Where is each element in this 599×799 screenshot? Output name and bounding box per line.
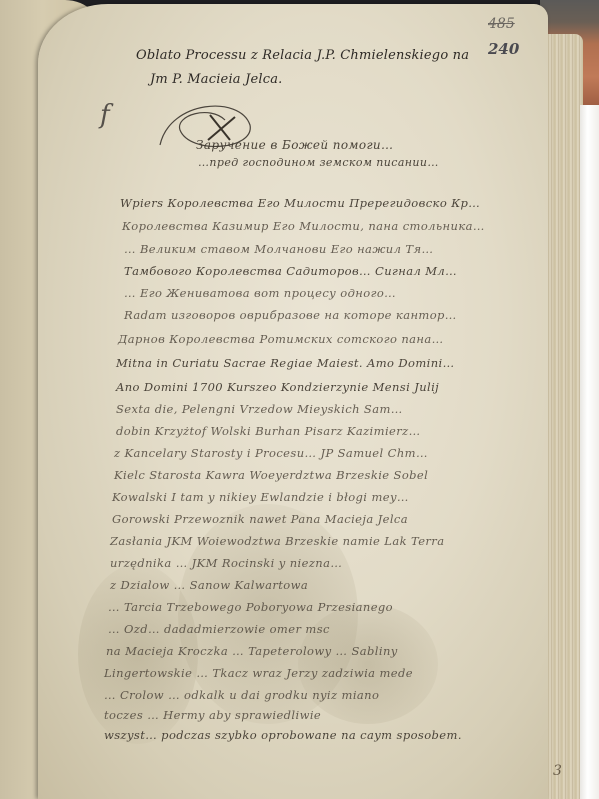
- body-line: Gorowski Przewoznik nawet Pana Macieja J…: [112, 512, 408, 526]
- margin-mark: f: [100, 100, 110, 130]
- body-line: … Его Жениватова вот процесу одного…: [124, 286, 396, 300]
- white-card-insert: [580, 105, 599, 799]
- title-line-1: Заручение в Божей помоги…: [196, 138, 393, 152]
- body-line: … Tarcia Trzebowego Poboryowa Przesianeg…: [108, 600, 393, 614]
- body-line: z Dzialow … Sanow Kalwartowa: [110, 578, 308, 592]
- body-line: Zasłania JKM Woiewodztwa Brzeskie namie …: [110, 534, 444, 548]
- body-line: Kielc Starosta Kawra Woeyerdztwa Brzeski…: [114, 468, 428, 482]
- body-line: Wpiers Королевства Его Милости Пререгидо…: [120, 196, 480, 210]
- body-line: na Macieja Kroczka … Tapeterolowy … Sabl…: [106, 644, 398, 658]
- body-line: toczes … Hermy aby sprawiedliwie: [104, 708, 321, 722]
- page-heading-line-1: Oblato Processu z Relacia J.P. Chmielens…: [136, 48, 469, 63]
- title-line-2: …пред господином земском писании…: [198, 156, 439, 169]
- body-line: Королевства Казимир Его Милости, пана ст…: [122, 219, 485, 233]
- body-line: Kowalski I tam y nikiey Ewlandzie i błog…: [112, 490, 409, 504]
- body-line: Ano Domini 1700 Kurszeo Kondzierzynie Me…: [116, 380, 439, 394]
- body-line: Тамбового Королевства Садиторов… Сигнал …: [124, 264, 457, 278]
- body-line: … Crolow … odkalk u dai grodku nyiz mian…: [104, 688, 379, 702]
- calligraphic-flourish-icon: [150, 95, 270, 165]
- right-page-stack: 3: [545, 34, 583, 799]
- page-heading-line-2: Jm P. Macieia Jelca.: [150, 72, 283, 87]
- body-line: Radam изговоров оврибразове на которе ка…: [124, 308, 457, 322]
- body-line: z Kancelary Starosty i Procesu… JP Samue…: [114, 446, 428, 460]
- folio-number-struck: 485: [488, 16, 515, 32]
- body-line: Дарнов Королевства Ротимских сотского па…: [118, 332, 444, 346]
- body-line: urzędnika … JKM Rocinski y niezna…: [110, 556, 342, 570]
- body-line: Mitna in Curiatu Sacrae Regiae Maiest. A…: [116, 356, 455, 370]
- body-line: Sexta die, Pelengni Vrzedow Mieyskich Sa…: [116, 402, 403, 416]
- body-line: Lingertowskie … Tkacz wraz Jerzy zadziwi…: [104, 666, 413, 680]
- body-line: … Великим ставом Молчанови Его нажил Тя…: [124, 242, 433, 256]
- body-line: wszyst… podczas szybko oprobowane na cay…: [104, 728, 462, 742]
- fore-edge-mark: 3: [553, 763, 562, 779]
- body-line: dobin Krzyżtof Wolski Burhan Pisarz Kazi…: [116, 424, 421, 438]
- body-line: … Ozd… dadadmierzowie omer msc: [108, 622, 330, 636]
- folio-number: 240: [488, 40, 519, 58]
